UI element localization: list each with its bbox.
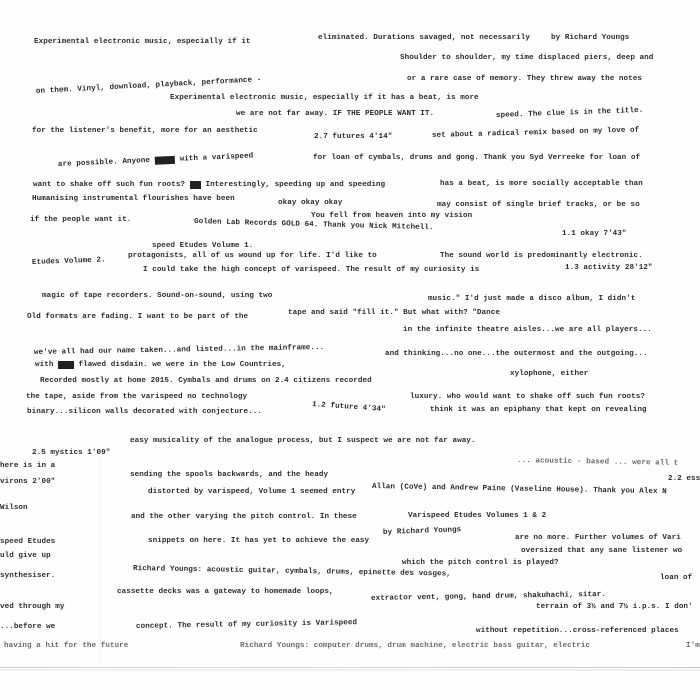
text-line: think it was an epiphany that kept on re… <box>430 406 647 415</box>
text-line: binary...silicon walls decorated with co… <box>27 408 262 417</box>
text-line: are no more. Further volumes of Vari <box>515 534 681 543</box>
struck-out-text: xx <box>190 181 201 189</box>
text-line: ...before we <box>0 623 55 632</box>
text-line: luxury. who would want to shake off such… <box>410 393 645 402</box>
text-line: set about a radical remix based on my lo… <box>432 127 639 141</box>
text-line: ved through my <box>0 603 65 612</box>
text-line: sending the spools backwards, and the he… <box>130 471 328 480</box>
text-line: we are not far away. IF THE PEOPLE WANT … <box>236 110 434 119</box>
text-line: with xxx flawed disdain. we were in the … <box>35 361 286 370</box>
text-line: easy musicality of the analogue process,… <box>130 437 476 446</box>
text-line: music." I'd just made a disco album, I d… <box>428 295 635 304</box>
text-line: speed. The clue is in the title. <box>496 107 644 121</box>
text-line: cassette decks was a gateway to homemade… <box>117 588 334 597</box>
text-line: want to shake off such fun roots? xx Int… <box>33 181 385 190</box>
text-fragment: Interestingly, speeding up and speeding <box>201 181 385 189</box>
text-line: ... acoustic - based ... were all t <box>517 457 678 469</box>
text-fragment: are possible. Anyone <box>58 157 155 169</box>
text-line: tape and said "fill it." But what with? … <box>288 309 500 318</box>
text-line: the tape, aside from the varispeed no te… <box>26 393 247 402</box>
text-line: The sound world is predominantly electro… <box>440 252 643 261</box>
text-line: You fell from heaven into my vision <box>311 212 472 221</box>
text-fragment: want to shake off such fun roots? <box>33 181 190 189</box>
text-line: Humanising instrumental flourishes have … <box>32 195 235 204</box>
text-line: here is in a <box>0 462 55 471</box>
track-listing: 1.1 okay 7'43" <box>562 230 627 239</box>
text-line: protagonists, all of us wound up for lif… <box>128 252 377 261</box>
text-line: or a rare case of memory. They threw awa… <box>407 75 642 84</box>
struck-out-text: xxxx <box>154 156 175 165</box>
text-line: without repetition...cross-referenced pl… <box>476 627 679 636</box>
title-line: Varispeed Etudes Volumes 1 & 2 <box>408 512 546 521</box>
paper-bottom-edge <box>0 667 700 668</box>
text-line: having a hit for the future <box>4 642 128 651</box>
track-listing: 1.3 activity 28'12" <box>565 264 653 273</box>
text-line: Old formats are fading. I want to be par… <box>27 313 248 322</box>
text-line: eliminated. Durations savaged, not neces… <box>318 34 530 43</box>
text-line: may consist of single brief tracks, or b… <box>437 201 640 210</box>
text-line: distorted by varispeed, Volume 1 seemed … <box>148 488 355 497</box>
text-line: and the other varying the pitch control.… <box>131 513 357 522</box>
text-line: we've all had our name taken...and liste… <box>34 344 324 358</box>
text-line: I could take the high concept of varispe… <box>143 266 479 275</box>
text-line: speed Etudes <box>0 538 55 547</box>
text-fragment: with <box>35 361 58 369</box>
text-line: Allan (CoVe) and Andrew Paine (Vaseline … <box>372 483 667 497</box>
track-listing: 1.2 future 4'34" <box>312 401 386 415</box>
text-line: for the listener's benefit, more for an … <box>32 127 258 136</box>
byline: by Richard Youngs <box>551 34 629 43</box>
struck-out-text: xxx <box>58 361 74 369</box>
text-line: Recorded mostly at home 2015. Cymbals an… <box>40 377 372 386</box>
text-fragment: flawed disdain. we were in the Low Count… <box>74 361 286 369</box>
text-line: terrain of 3½ and 7½ i.p.s. I don' <box>536 603 693 612</box>
text-line: Shoulder to shoulder, my time displaced … <box>400 54 653 63</box>
paper-strip-edge <box>100 455 101 665</box>
text-line: synthesiser. <box>0 572 55 581</box>
credits-line: Richard Youngs: computer drums, drum mac… <box>240 642 590 651</box>
text-line: xylophone, either <box>510 370 588 379</box>
text-line: speed Etudes Volume 1. <box>152 242 253 251</box>
text-line: loan of <box>660 574 692 583</box>
text-line: has a beat, is more socially acceptable … <box>440 180 643 189</box>
text-line: Experimental electronic music, especiall… <box>170 94 479 103</box>
track-listing: 2.2 ess <box>668 475 700 484</box>
text-line: I'm <box>686 642 700 651</box>
paper-bottom-shadow <box>0 669 700 671</box>
text-line: oversized that any sane listener wo <box>521 547 682 556</box>
text-line: snippets on here. It has yet to achieve … <box>148 537 369 546</box>
text-line: magic of tape recorders. Sound-on-sound,… <box>42 292 272 301</box>
text-line: are possible. Anyone xxxx with a varispe… <box>58 152 254 170</box>
text-fragment: with a varispeed <box>175 152 254 163</box>
text-line: if the people want it. <box>30 216 131 225</box>
track-listing: virons 2'00" <box>0 478 55 487</box>
text-line: Etudes Volume 2. <box>32 256 106 268</box>
text-line: in the infinite theatre aisles...we are … <box>403 326 652 335</box>
text-line: Experimental electronic music, especiall… <box>34 38 251 47</box>
typewritten-collage-page: Experimental electronic music, especiall… <box>0 0 700 700</box>
text-line: which the pitch control is played? <box>402 559 559 568</box>
text-line: concept. The result of my curiosity is V… <box>136 619 357 632</box>
text-line: for loan of cymbals, drums and gong. Tha… <box>313 154 640 163</box>
text-line: Wilson <box>0 504 28 513</box>
text-line: okay okay okay <box>278 199 343 208</box>
text-line: and thinking...no one...the outermost an… <box>385 350 648 359</box>
track-listing: 2.7 futures 4'14" <box>314 133 392 142</box>
track-listing: 2.5 mystics 1'09" <box>32 449 110 458</box>
text-line: uld give up <box>0 552 51 561</box>
byline: by Richard Youngs <box>383 526 462 538</box>
